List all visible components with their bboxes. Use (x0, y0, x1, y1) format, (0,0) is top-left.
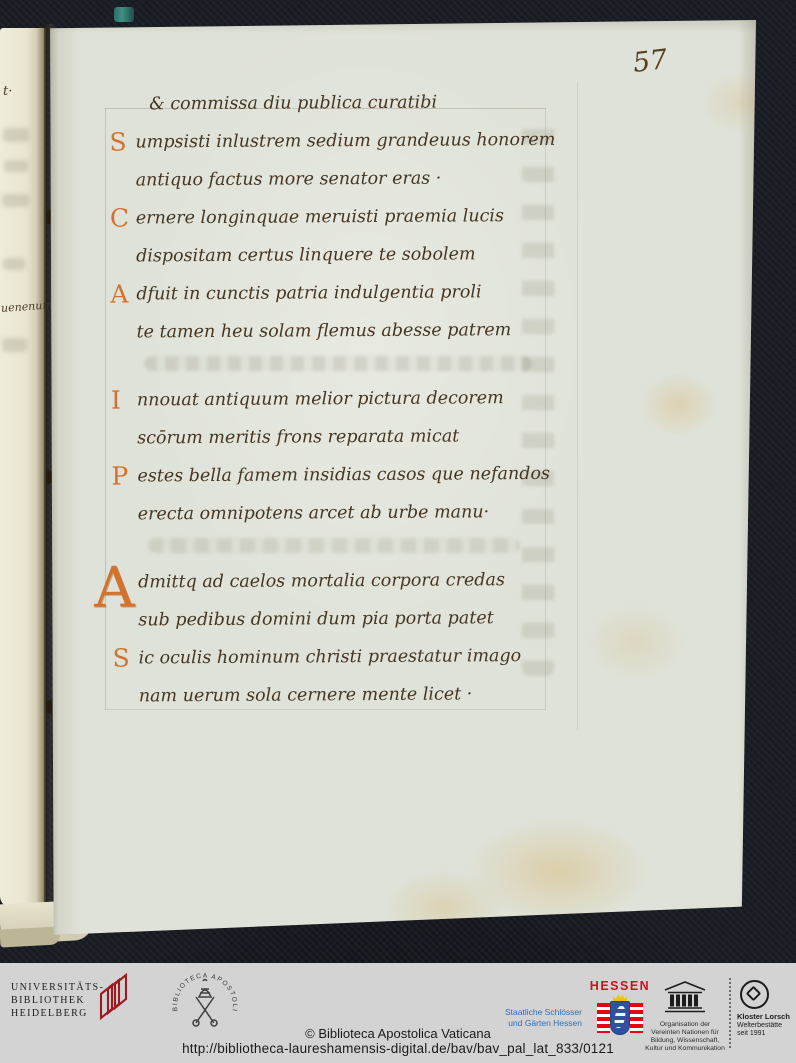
manuscript-line-text: antiquo factus more senator eras · (136, 169, 442, 191)
page-edge-curl (0, 926, 60, 947)
manuscript-line-text: estes bella famem insidias casos que nef… (137, 464, 550, 487)
bleed-through-smudge (4, 160, 28, 172)
binding-stitch (46, 700, 52, 714)
copyright-line: © Biblioteca Apostolica Vaticana (182, 1026, 614, 1041)
manuscript-line: & commissa diu publica curatibi (135, 83, 605, 124)
illuminated-initial: P (111, 457, 128, 495)
schloesser-caption-line: Staatliche Schlösser (498, 1007, 582, 1018)
lorsch-subtitle: Welterbestätte (737, 1022, 793, 1031)
hessen-stripes (597, 1003, 610, 1033)
manuscript-line-text: ic oculis hominum christi praestatur ima… (139, 646, 522, 668)
manuscript-line: Pestes bella famem insidias casos que ne… (137, 455, 607, 496)
hessen-crown (613, 994, 627, 1001)
dotted-divider (729, 978, 731, 1048)
manuscript-line: antiquo factus more senator eras · (136, 159, 606, 200)
illuminated-initial: I (111, 382, 121, 420)
manuscript-line: erecta omnipotens arcet ab urbe manu· (138, 493, 608, 534)
vatican-seal-text: BIBLIOTECA APOSTOLICA VATICANA (170, 971, 238, 1013)
manuscript-line-text: nnouat antiquum melior pictura decorem (137, 388, 504, 410)
margin-text-fragment: t· (3, 84, 12, 99)
lorsch-name: Kloster Lorsch (737, 1013, 793, 1022)
manuscript-line-text: sub pedibus domini dum pia porta patet (138, 608, 493, 630)
unesco-caption-line: Bildung, Wissenschaft, (643, 1037, 727, 1045)
manuscript-line-text: umpsisti inlustrem sedium grandeuus hono… (135, 130, 555, 153)
hessen-coat-of-arms-icon (597, 997, 643, 1037)
manuscript-text-block: & commissa diu publica curatibiSumpsisti… (135, 83, 609, 716)
ub-heidelberg-label: BIBLIOTHEK (11, 994, 104, 1007)
book-headband (114, 7, 134, 22)
ub-heidelberg-book-icon (96, 972, 132, 1026)
manuscript-line: sub pedibus domini dum pia porta patet (138, 599, 608, 640)
manuscript-line: Cernere longinquae meruisti praemia luci… (136, 197, 606, 238)
copyright-block: © Biblioteca Apostolica Vaticana http://… (182, 1026, 614, 1056)
manuscript-page: 57 & commissa diu publica curatibiSumpsi… (48, 20, 756, 935)
unesco-caption: Organisation der Vereinten Nationen für … (643, 1021, 727, 1053)
manuscript-line-text: & commissa diu publica curatibi (149, 93, 437, 115)
manuscript-line: Adfuit in cunctis patria indulgentia pro… (136, 273, 606, 314)
manuscript-line-text: ernere longinquae meruisti praemia lucis (136, 206, 504, 228)
schloesser-caption-line: und Gärten Hessen (498, 1018, 582, 1029)
manuscript-line: Sic oculis hominum christi praestatur im… (138, 637, 608, 678)
ub-heidelberg-logo: UNIVERSITÄTS- BIBLIOTHEK HEIDELBERG (11, 981, 104, 1020)
lorsch-emblem-icon (740, 980, 769, 1009)
kloster-lorsch-logo: Kloster Lorsch Welterbestätte seit 1991 (737, 980, 793, 1039)
schloesser-caption: Staatliche Schlösser und Gärten Hessen (498, 1007, 582, 1028)
manuscript-line: dispositam certus linquere te sobolem (136, 235, 606, 276)
manuscript-line-text: dispositam certus linquere te sobolem (136, 244, 476, 266)
manuscript-line-text: dmittq ad caelos mortalia corpora credas (138, 570, 505, 592)
manuscript-line: Innouat antiquum melior pictura decorem (137, 379, 607, 420)
ub-heidelberg-label: HEIDELBERG (11, 1007, 104, 1020)
unesco-caption-line: Organisation der (643, 1021, 727, 1029)
manuscript-line: te tamen heu solam flemus abesse patrem (136, 311, 606, 352)
manuscript-line-text: dfuit in cunctis patria indulgentia prol… (136, 282, 481, 304)
illuminated-initial: C (110, 199, 129, 237)
hessen-shield (610, 1001, 630, 1035)
bleed-through-smudge (3, 258, 25, 270)
manuscript-line: Admittq ad caelos mortalia corpora creda… (138, 561, 608, 602)
bleed-through-smudge (2, 338, 27, 352)
manuscript-line: Sumpsisti inlustrem sedium grandeuus hon… (135, 121, 605, 162)
bleed-through-smudge (2, 194, 29, 207)
unesco-temple-icon (663, 980, 707, 1013)
folio-number: 57 (631, 44, 669, 79)
manuscript-line-text: erecta omnipotens arcet ab urbe manu· (138, 502, 490, 524)
facing-page-edge: t· uenenum· (0, 28, 46, 908)
ub-heidelberg-label: UNIVERSITÄTS- (11, 981, 104, 994)
illuminated-initial: S (109, 123, 126, 161)
manuscript-line: nam uerum sola cernere mente licet · (139, 675, 609, 716)
manuscript-line-text: nam uerum sola cernere mente licet · (139, 684, 473, 706)
hessen-stripes (630, 1003, 643, 1033)
source-url: http://bibliotheca-laureshamensis-digita… (182, 1041, 614, 1056)
illuminated-initial: A (110, 275, 128, 313)
unesco-caption-line: Vereinten Nationen für (643, 1029, 727, 1037)
unesco-logo: Organisation der Vereinten Nationen für … (643, 980, 727, 1053)
illuminated-initial: S (112, 639, 129, 677)
footer-bar: UNIVERSITÄTS- BIBLIOTHEK HEIDELBERG BIBL… (0, 963, 796, 1063)
svg-text:BIBLIOTECA APOSTOLICA VATICANA: BIBLIOTECA APOSTOLICA VATICANA (170, 971, 238, 1013)
lorsch-year: seit 1991 (737, 1030, 793, 1039)
manuscript-line-text: scōrum meritis frons reparata micat (137, 426, 459, 448)
manuscript-line: scōrum meritis frons reparata micat (137, 417, 607, 458)
manuscript-line-text: te tamen heu solam flemus abesse patrem (137, 320, 512, 342)
illuminated-initial: A (94, 559, 135, 617)
unesco-caption-line: Kultur und Kommunikation (643, 1045, 727, 1053)
binding-stitch (46, 470, 52, 484)
bleed-through-smudge (3, 128, 29, 142)
